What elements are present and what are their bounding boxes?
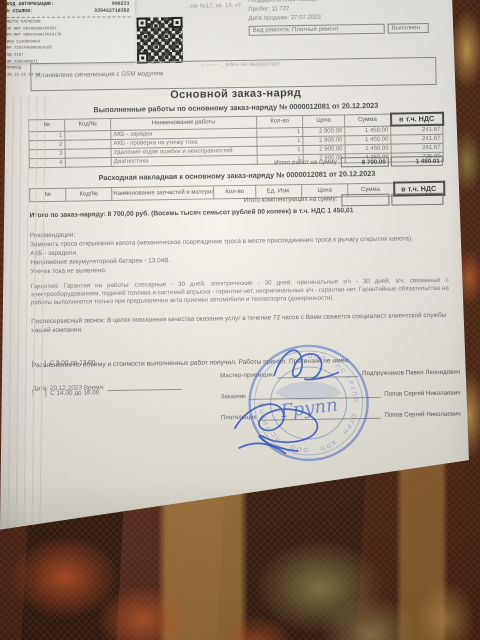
- repair-status-cell: Выполнен: [388, 23, 429, 34]
- cell-sum: 1 450.00: [345, 126, 391, 136]
- cell-price: 2 900.00: [303, 136, 345, 146]
- cell-price: 2 900.00: [303, 126, 345, 136]
- qr-finder-icon: [136, 17, 147, 28]
- customer-name: Попов Сергей Николаевич: [384, 390, 460, 398]
- date-line: Дата: 20.12.2023 Время:: [32, 383, 182, 392]
- payer-name: Попов Сергей Николаевич: [384, 411, 460, 419]
- works-total-label: Итого работ на сумму: [274, 157, 341, 168]
- document-content: КОД АВТОРИЗАЦИИ:096211 № ССЫЛКИ:33542271…: [0, 0, 480, 539]
- receipt-line: ЗН ККТ 00106306450507: [7, 26, 130, 31]
- col-header: Цена: [303, 114, 345, 127]
- cell-sum: 1 450.00: [345, 135, 391, 145]
- parts-total-label: Итого комплектующих на сумму:: [244, 194, 342, 208]
- ref-number-label: № ССЫЛКИ:: [7, 8, 34, 13]
- receipt-line: ИНН 5190809094: [7, 39, 130, 44]
- warranty-paragraph: Гарантия: Гарантия на работы: слесарные …: [31, 277, 449, 308]
- signature-payer-stroke: [239, 443, 285, 454]
- receipt-line: ФД 2107: [7, 52, 130, 57]
- sale-date-line: Дата продажи: 27.07.2023: [248, 14, 320, 24]
- auth-code-label: КОД АВТОРИЗАЦИИ:: [7, 2, 54, 8]
- document-paper: КОД АВТОРИЗАЦИИ:096211 № ССЫЛКИ:33542271…: [0, 0, 480, 535]
- cell-sum: 1 450.00: [345, 144, 391, 154]
- gsm-note: Установлена сигнализация с GSM модулем: [35, 70, 163, 79]
- parts-total-sum: [341, 194, 389, 207]
- col-header: Кол-во: [257, 115, 303, 128]
- recommendations-block: Рекомендации: Заменить троса открывания …: [30, 225, 451, 277]
- address-fragment: …ом №17, кв. 16, к7: [184, 3, 241, 10]
- receipt-line: ФН 7281440600954105: [7, 46, 130, 51]
- pen-signatures: [226, 334, 388, 468]
- ref-number-value: 335422718352: [94, 8, 129, 14]
- sheet-stack-edges: [7, 95, 46, 529]
- photo-scene: КОД АВТОРИЗАЦИИ:096211 № ССЫЛКИ:33542271…: [0, 0, 480, 640]
- cell-vat: 241.67: [391, 134, 443, 144]
- parts-total-vat: [391, 193, 443, 206]
- callback-paragraph: Послесервисный звонок: В целях повышения…: [31, 312, 449, 336]
- works-total-sum: 8 700.00: [341, 156, 389, 167]
- repair-type-row: Вид ремонта: Платный ремонт Выполнен: [249, 23, 429, 36]
- repair-type-cell: Вид ремонта: Платный ремонт: [249, 24, 385, 36]
- fiscal-receipt-slip: КОД АВТОРИЗАЦИИ:096211 № ССЫЛКИ:33542271…: [3, 0, 135, 63]
- col-header: Код/№: [65, 118, 111, 131]
- cell-vat: 241.67: [391, 125, 443, 135]
- signature-master-stroke: [274, 350, 338, 381]
- cell-vat: 241.67: [391, 143, 443, 153]
- qr-code: [136, 17, 183, 64]
- receipt-divider: [7, 16, 131, 18]
- receipt-line: МЕСТО РАСЧЕТОВ:: [7, 19, 130, 24]
- qr-finder-icon: [171, 17, 182, 28]
- works-total-vat: 1 450.01: [391, 155, 443, 166]
- col-header: Сумма: [345, 114, 391, 127]
- receipt-line: РН ККТ 0000109015010178: [7, 33, 130, 38]
- time-blank-line: [108, 383, 183, 391]
- cell-price: 2 900.00: [303, 145, 345, 155]
- auth-code-value: 096211: [112, 1, 130, 6]
- col-header-vat: в т.ч. НДС: [391, 113, 443, 126]
- tow-fragment: – –– – …влен на эвакуаторе: [201, 61, 280, 68]
- vehicle-info-block: Государственный номер: Пробег: 11 727 Да…: [248, 0, 321, 24]
